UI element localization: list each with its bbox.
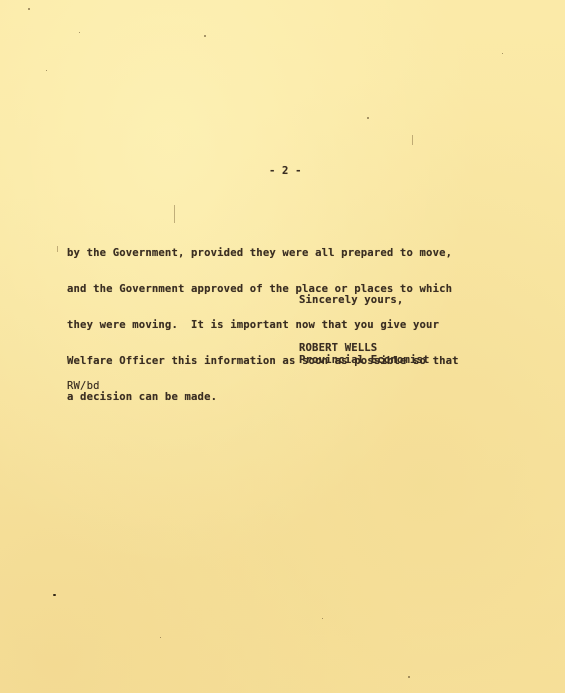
paper-speck — [204, 35, 206, 37]
paper-speck — [408, 676, 410, 678]
body-paragraph: by the Government, provided they were al… — [67, 223, 459, 427]
signature-name: ROBERT WELLS — [299, 342, 377, 354]
letter-page: - 2 - by the Government, provided they w… — [0, 0, 565, 693]
reference-initials: RW/bd — [67, 380, 100, 392]
paper-speck — [160, 637, 161, 638]
signature-title: Provincial Economist — [299, 354, 430, 366]
body-line: they were moving. It is important now th… — [67, 319, 459, 331]
paper-speck — [28, 8, 30, 10]
paper-speck — [53, 594, 56, 596]
page-number: - 2 - — [269, 165, 302, 177]
paper-speck — [46, 70, 47, 71]
paper-speck — [322, 618, 323, 619]
body-line: a decision can be made. — [67, 391, 459, 403]
paper-speck — [502, 53, 503, 54]
paper-crease-mark — [174, 205, 175, 223]
paper-crease-mark — [57, 246, 58, 252]
paper-speck — [79, 32, 80, 33]
body-line: by the Government, provided they were al… — [67, 247, 459, 259]
closing: Sincerely yours, — [299, 294, 403, 306]
paper-speck — [367, 117, 369, 119]
paper-crease-mark — [412, 135, 413, 145]
